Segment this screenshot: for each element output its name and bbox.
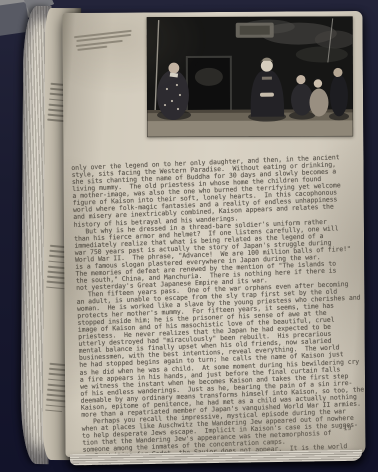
book-page: only over the legend on to her only daug…	[62, 11, 365, 457]
folding-screen	[187, 57, 231, 111]
photo-caption	[74, 29, 138, 54]
hanging-lantern-panel	[240, 26, 270, 35]
page-number: 19	[343, 424, 352, 432]
book-photograph: only over the legend on to her only daug…	[0, 0, 378, 472]
page-body-text: only over the legend on to her only daug…	[70, 132, 376, 468]
production-photo	[147, 16, 353, 137]
